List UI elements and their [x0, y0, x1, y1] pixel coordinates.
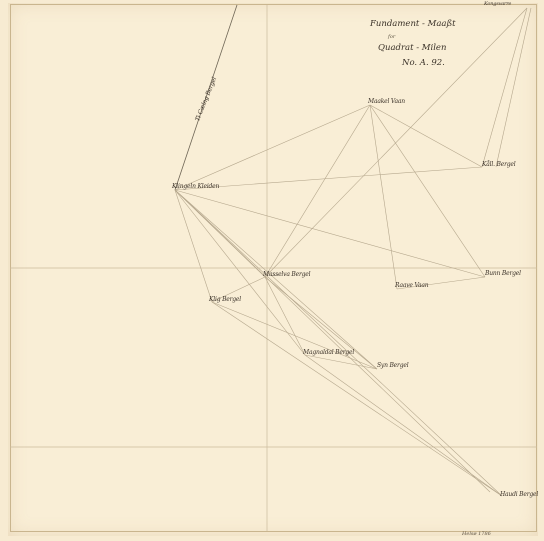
station-label-klingeln-kleiden: Klingeln Kleiden: [172, 184, 219, 190]
station-label-raave-vaan: Raave Vaan: [395, 283, 428, 289]
station-label-syn-bergel: Syn Bergel: [377, 363, 408, 369]
station-label-kall-bergel: Kåll. Bergel: [482, 162, 515, 168]
station-label-masselva-bergel: Masselva Bergel: [263, 272, 310, 278]
map-sheet: Fundament - Maaßt for Quadrat - Milen No…: [0, 0, 544, 541]
station-label-maakel-vaan: Maakel Vaan: [368, 99, 405, 105]
map-title-number: No. A. 92.: [402, 59, 445, 68]
map-title-line3: Quadrat - Milen: [378, 44, 446, 53]
station-label-bunn-bergel: Bunn Bergel: [485, 271, 521, 277]
map-title-line1: Fundament - Maaßt: [370, 20, 456, 29]
map-signature: Helsø 1786: [462, 532, 491, 537]
station-label-kongsvarre: Kongsvarre: [484, 2, 511, 7]
station-label-magnaldal-bergel: Magnaldal Bergel: [303, 350, 354, 356]
station-label-klig-bergel: Klig Bergel: [209, 297, 241, 303]
map-title-line2: for: [388, 35, 395, 40]
sight-lines: [175, 5, 531, 496]
station-label-haudi-bergel: Haudi Bergel: [500, 492, 538, 498]
